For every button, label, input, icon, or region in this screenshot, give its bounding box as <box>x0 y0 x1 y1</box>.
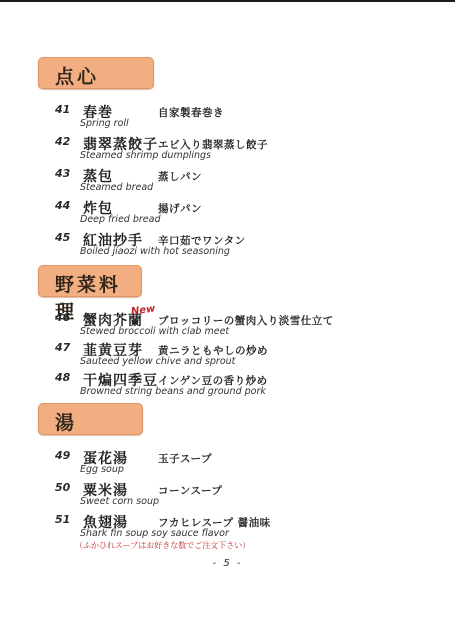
item-number: 47 <box>55 341 70 354</box>
item-description-jp: コーンスープ <box>158 483 222 498</box>
menu-item: 51 魚翅湯 フカヒレスープ 醤油味 Shark fin soup soy sa… <box>55 512 435 558</box>
menu-item: 48 干煸四季豆 インゲン豆の香り炒め Browned string beans… <box>55 370 435 400</box>
item-description-en: Deep fried bread <box>80 214 160 225</box>
item-number: 45 <box>55 231 70 244</box>
item-list: 46 蟹肉芥蘭 New ブロッコリーの蟹肉入り淡雪仕立て Stewed broc… <box>55 310 435 400</box>
section-header: 野菜料理 <box>38 265 142 297</box>
menu-item: 49 蛋花湯 玉子スープ Egg soup <box>55 448 435 480</box>
item-description-jp: 揚げパン <box>158 201 202 216</box>
menu-item: 44 炸包 揚げパン Deep fried bread <box>55 198 435 230</box>
menu-item: 50 粟米湯 コーンスープ Sweet corn soup <box>55 480 435 512</box>
section-dimsum: 点心 41 春巻 自家製春巻き Spring roll 42 翡翠蒸餃子 エビ入… <box>38 57 435 262</box>
item-list: 49 蛋花湯 玉子スープ Egg soup 50 粟米湯 コーンスープ Swee… <box>55 448 435 558</box>
item-description-en: Spring roll <box>80 118 129 129</box>
section-title: 点心 <box>55 66 99 88</box>
section-soups: 湯 49 蛋花湯 玉子スープ Egg soup 50 粟米湯 コーンスープ Sw… <box>38 403 435 558</box>
item-description-jp: 蒸しパン <box>158 169 202 184</box>
section-header: 湯 <box>38 403 143 435</box>
page-number: - 5 - <box>0 558 455 569</box>
item-description-jp: 自家製春巻き <box>158 105 224 120</box>
item-description-en: Steamed bread <box>80 182 153 193</box>
item-number: 46 <box>55 311 70 324</box>
item-number: 49 <box>55 449 70 462</box>
item-number: 41 <box>55 103 70 116</box>
menu-item: 41 春巻 自家製春巻き Spring roll <box>55 102 435 134</box>
item-number: 51 <box>55 513 70 526</box>
item-description-en: Sauteed yellow chive and sprout <box>80 356 235 367</box>
menu-item: 46 蟹肉芥蘭 New ブロッコリーの蟹肉入り淡雪仕立て Stewed broc… <box>55 310 435 340</box>
menu-item: 42 翡翠蒸餃子 エビ入り翡翠蒸し餃子 Steamed shrimp dumpl… <box>55 134 435 166</box>
new-badge: New <box>130 303 156 317</box>
item-number: 44 <box>55 199 70 212</box>
item-number: 42 <box>55 135 70 148</box>
menu-item: 47 韮黄豆芽 黄ニラともやしの炒め Sauteed yellow chive … <box>55 340 435 370</box>
item-number: 50 <box>55 481 70 494</box>
item-description-en: Egg soup <box>80 464 124 475</box>
menu-item: 43 蒸包 蒸しパン Steamed bread <box>55 166 435 198</box>
item-description-en: Steamed shrimp dumplings <box>80 150 211 161</box>
item-number: 43 <box>55 167 70 180</box>
section-header: 点心 <box>38 57 154 89</box>
item-list: 41 春巻 自家製春巻き Spring roll 42 翡翠蒸餃子 エビ入り翡翠… <box>55 102 435 262</box>
menu-item: 45 紅油抄手 辛口茹でワンタン Boiled jiaozi with hot … <box>55 230 435 262</box>
item-description-en: Sweet corn soup <box>80 496 159 507</box>
item-number: 48 <box>55 371 70 384</box>
section-title: 湯 <box>55 412 77 434</box>
section-vegetables: 野菜料理 46 蟹肉芥蘭 New ブロッコリーの蟹肉入り淡雪仕立て Stewed… <box>38 265 435 400</box>
item-description-en: Shark fin soup soy sauce flavor <box>80 528 229 539</box>
item-description-jp: 玉子スープ <box>158 451 212 466</box>
item-description-en: Stewed broccoli with clab meet <box>80 326 229 337</box>
item-description-en: Boiled jiaozi with hot seasoning <box>80 246 230 257</box>
item-note: （ふかひれスープはお好きな数でご注文下さい） <box>75 540 250 551</box>
top-edge-divider <box>0 0 455 2</box>
menu-page: 点心 41 春巻 自家製春巻き Spring roll 42 翡翠蒸餃子 エビ入… <box>0 0 455 640</box>
item-description-en: Browned string beans and ground pork <box>80 386 266 397</box>
